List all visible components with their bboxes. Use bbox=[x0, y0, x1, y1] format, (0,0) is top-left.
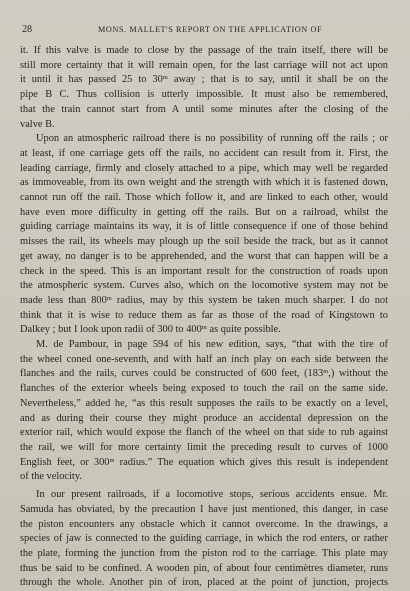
text-line: pipe B C. Thus collision is utterly impo… bbox=[20, 88, 388, 103]
text-line: guiding carriage maintains its way, it i… bbox=[20, 220, 388, 235]
paragraph-4: In our present railroads, if a locomotiv… bbox=[20, 488, 388, 576]
text-line: the atmospheric system. Curves also, whi… bbox=[20, 279, 388, 294]
text-line: species of jaw is connected to the guidi… bbox=[20, 532, 388, 547]
text-line: valve B. bbox=[20, 118, 388, 133]
text-line: and as during their course they might pr… bbox=[20, 412, 388, 427]
text-line: M. de Pambour, in page 594 of his new ed… bbox=[20, 338, 388, 353]
text-line: check in the speed. This is an important… bbox=[20, 265, 388, 280]
text-line: it. If this valve is made to close by th… bbox=[20, 44, 388, 59]
text-line: exterior rail, which would expose the fl… bbox=[20, 426, 388, 441]
text-line: the plate, forming the junction from the… bbox=[20, 547, 388, 562]
text-line: Dalkey ; but I look upon radii of 300 to… bbox=[20, 323, 388, 338]
text-line: In our present railroads, if a locomotiv… bbox=[20, 488, 388, 503]
text-line: Nevertheless,” added he, “as this result… bbox=[20, 397, 388, 412]
text-line: Upon an atmospheric railroad there is no… bbox=[20, 132, 388, 147]
text-line: cannot run off the rail. Those which fol… bbox=[20, 191, 388, 206]
page-header: 28 MONS. MALLET'S REPORT ON THE APPLICAT… bbox=[20, 24, 390, 38]
page-number: 28 bbox=[22, 24, 32, 35]
text-line: that the train cannot start from A until… bbox=[20, 103, 388, 118]
running-title: MONS. MALLET'S REPORT ON THE APPLICATION… bbox=[98, 25, 322, 34]
paragraph-1: it. If this valve is made to close by th… bbox=[20, 44, 388, 132]
paragraph-2: Upon an atmospheric railroad there is no… bbox=[20, 132, 388, 338]
text-line: thus be said to be confined. A wooden pi… bbox=[20, 562, 388, 576]
text-line: have even more difficulty in getting off… bbox=[20, 206, 388, 221]
book-page: 28 MONS. MALLET'S REPORT ON THE APPLICAT… bbox=[0, 0, 410, 576]
text-line: at least, if one carriage gets off the r… bbox=[20, 147, 388, 162]
text-line: it until it has passed 25 to 30ᵐ away ; … bbox=[20, 73, 388, 88]
text-line: as immoveable, from its own weight and t… bbox=[20, 176, 388, 191]
text-line: flanches and the rails, curves could be … bbox=[20, 367, 388, 382]
text-line: misses the rail, its wheels may plough u… bbox=[20, 235, 388, 250]
text-line: think that it is wise to reduce them as … bbox=[20, 309, 388, 324]
text-line: of the velocity. bbox=[20, 470, 388, 485]
text-line: flanches of the exterior wheels being ex… bbox=[20, 382, 388, 397]
text-line: get away, no danger is to be apprehended… bbox=[20, 250, 388, 265]
text-line: the piston encounters any obstacle which… bbox=[20, 518, 388, 533]
text-line: the wheel coned one-seventh, and with ha… bbox=[20, 353, 388, 368]
text-line: made less than 800ᵐ radius, may by this … bbox=[20, 294, 388, 309]
text-line: English feet, or 300ᵐ radius.” The equat… bbox=[20, 456, 388, 471]
page-body: it. If this valve is made to close by th… bbox=[20, 44, 388, 576]
text-line: Samuda has obviated, by the precaution I… bbox=[20, 503, 388, 518]
paragraph-3: M. de Pambour, in page 594 of his new ed… bbox=[20, 338, 388, 485]
text-line: leading carriage, firmly and closely att… bbox=[20, 162, 388, 177]
text-line: the rail, we will for more certainty lim… bbox=[20, 441, 388, 456]
text-line: still more certainty that it will remain… bbox=[20, 59, 388, 74]
